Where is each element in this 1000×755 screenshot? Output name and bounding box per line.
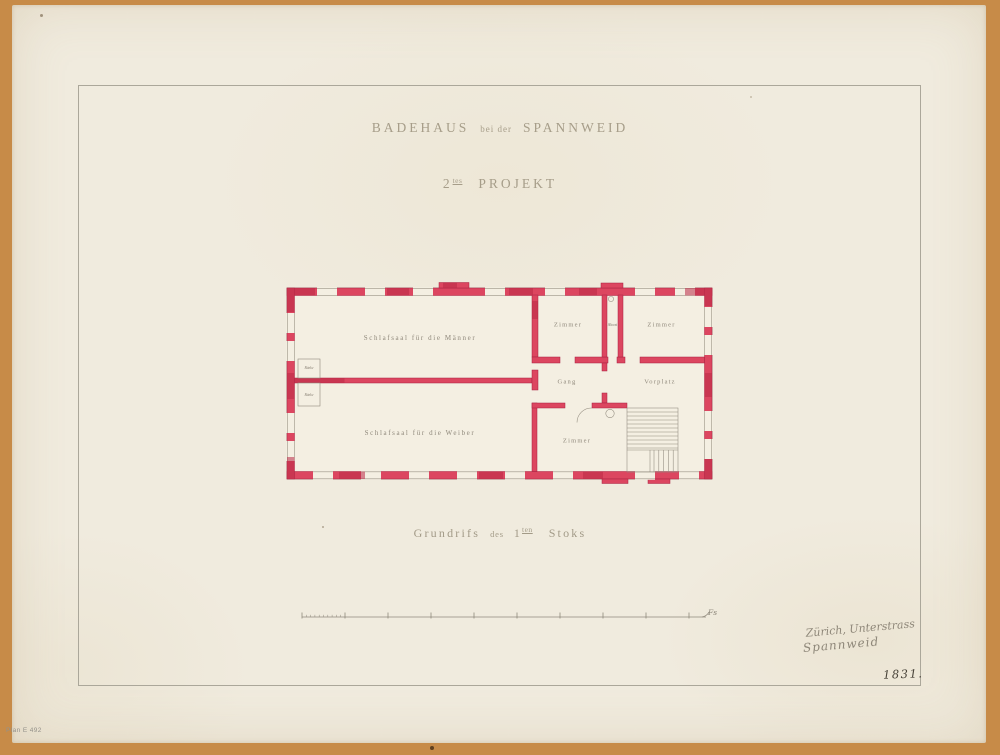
subtitle-ordinal: tes (453, 176, 463, 185)
scale-bar: Fs (296, 602, 726, 632)
closet-label-upper: Bänke (305, 366, 314, 370)
archive-number: Plan E 492 (6, 727, 42, 734)
room-label-gang: Gang (558, 379, 577, 386)
room-label-zimmer-top-right: Zimmer (647, 322, 675, 329)
paper-speck (750, 96, 752, 98)
subtitle-number: 2 (443, 176, 453, 191)
room-label-vorplatz: Vorplatz (644, 379, 676, 386)
drawing-subtitle: 2tes PROJEKT (0, 175, 1000, 193)
title-word-2: SPANNWEID (523, 120, 628, 135)
drawing-title: BADEHAUS bei der SPANNWEID (0, 119, 1000, 137)
room-label-abort: Abort (608, 323, 618, 327)
title-word-1: BADEHAUS (372, 120, 470, 135)
caption-word-2: des (490, 529, 504, 539)
scale-unit-label: Fs (707, 608, 717, 617)
floor-plan: Schlafsaal für die Männer Schlafsaal für… (283, 275, 713, 487)
paper-speck (40, 14, 43, 17)
title-connector: bei der (480, 124, 512, 134)
year-label: 1831. (883, 666, 924, 681)
room-label-hall-men: Schlafsaal für die Männer (364, 334, 477, 342)
caption-word-3: Stoks (549, 526, 587, 540)
caption-word-1: Grundrifs (414, 526, 480, 540)
room-label-zimmer-top-left: Zimmer (554, 322, 582, 329)
subtitle-word: PROJEKT (478, 176, 557, 191)
caption-ordinal: ten (522, 525, 533, 534)
paper-speck (430, 746, 434, 750)
room-label-zimmer-bottom: Zimmer (563, 438, 591, 445)
closet-label-lower: Bänke (305, 393, 314, 397)
drawing-caption: Grundrifs des 1ten Stoks (0, 524, 1000, 542)
caption-number: 1 (514, 526, 522, 540)
room-label-hall-women: Schlafsaal für die Weiber (365, 429, 476, 437)
paper-speck (322, 526, 324, 528)
scanned-drawing-page: BADEHAUS bei der SPANNWEID 2tes PROJEKT (0, 0, 1000, 755)
